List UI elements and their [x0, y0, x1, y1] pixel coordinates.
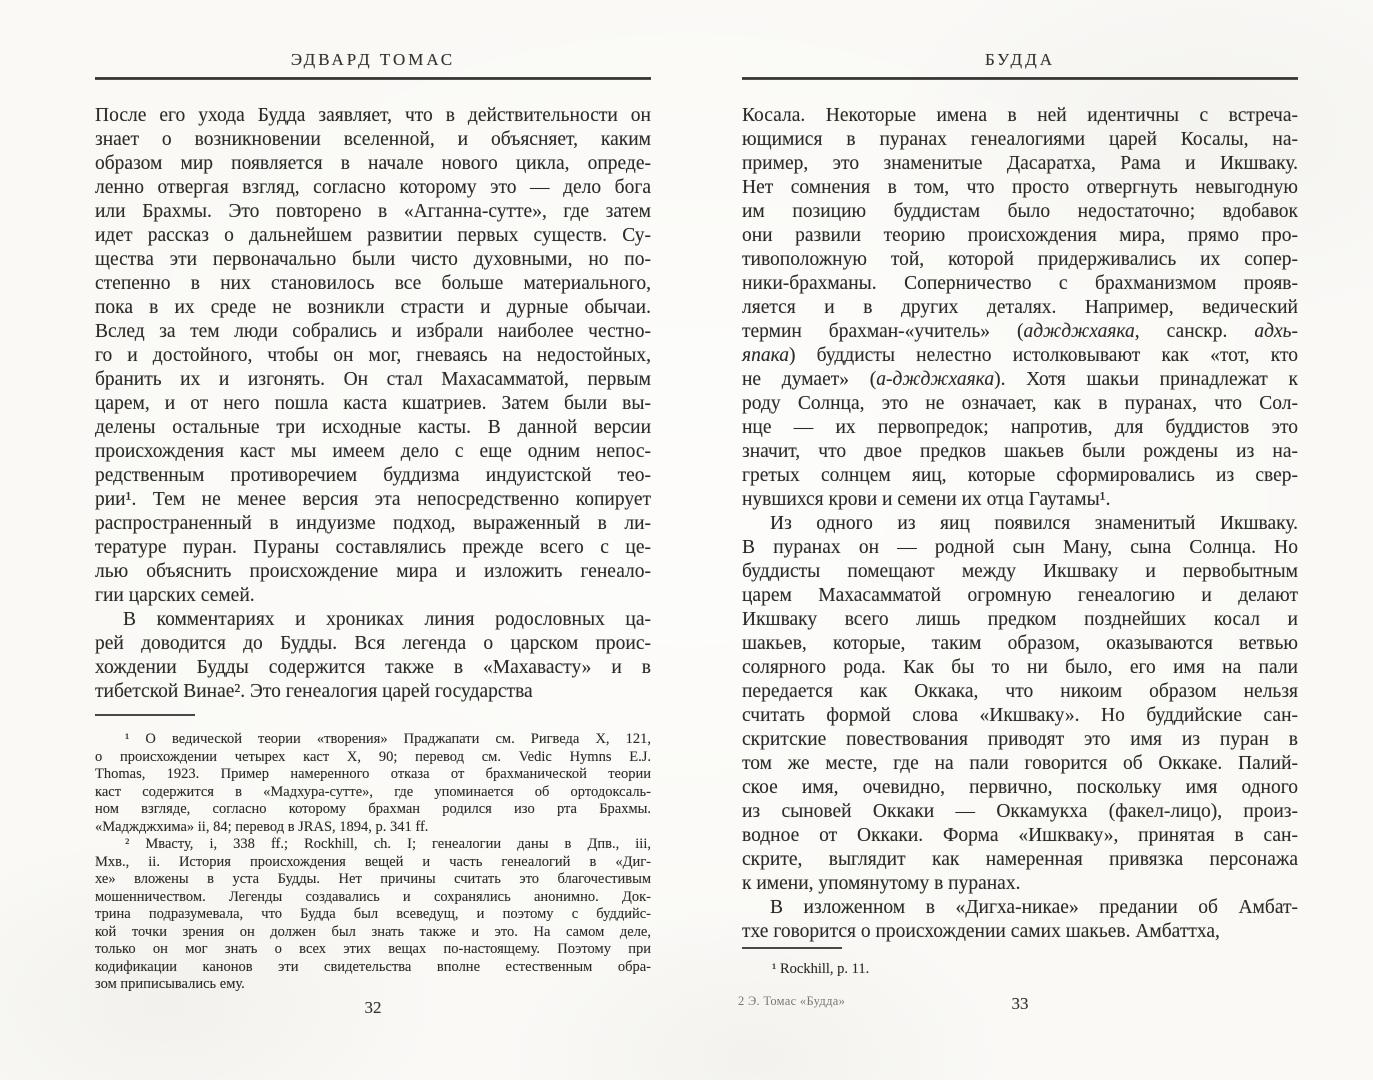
text-line: или Брахмы. Это повторено в «Агганна-сут…	[95, 200, 651, 224]
footnote-line: зом приписывались ему.	[95, 976, 651, 994]
footnote-line: ² Мвасту, i, 338 ff.; Rockhill, ch. I; г…	[95, 836, 651, 854]
text-line: ское имя, очевидно, первично, поскольку …	[742, 776, 1298, 800]
text-line: Из одного из яиц появился знаменитый Икш…	[742, 512, 1298, 536]
text-line: шакьев, которые, таким образом, оказываю…	[742, 632, 1298, 656]
text-line: тературе пуран. Пураны составлялись преж…	[95, 536, 651, 560]
text-line: тхе говорится о происхождении самих шакь…	[742, 920, 1298, 944]
footnote-line: Thomas, 1923. Пример намеренного отказа …	[95, 766, 651, 784]
text-line: рей доводится до Будды. Вся легенда о ца…	[95, 632, 651, 656]
text-line: После его ухода Будда заявляет, что в де…	[95, 104, 651, 128]
footnote-line: кой точки зрения он должен был знать так…	[95, 924, 651, 942]
header-rule	[95, 77, 651, 80]
footnote-line: ¹ О ведической теории «творения» Праджап…	[95, 731, 651, 749]
page-number: 32	[95, 998, 651, 1018]
text-line: делены остальные три исходные касты. В д…	[95, 416, 651, 440]
text-line: тибетской Винае². Это генеалогия царей г…	[95, 680, 651, 704]
text-line: передается как Оккака, что никоим образо…	[742, 680, 1298, 704]
footnotes: ¹ Rockhill, p. 11.	[742, 961, 1298, 979]
text-line: нувшихся крови и семени их отца Гаутамы¹…	[742, 488, 1298, 512]
text-line: буддисты помещают между Икшваку и первоб…	[742, 560, 1298, 584]
page-body: После его ухода Будда заявляет, что в де…	[95, 104, 651, 704]
text-line: ники-брахманы. Соперничество с брахманиз…	[742, 272, 1298, 296]
text-line: ленно отвергая взгляд, согласно которому…	[95, 176, 651, 200]
text-line: термин брахман-«учитель» (аджджхаяка, са…	[742, 320, 1298, 344]
text-line: тивоположную той, которой придерживались…	[742, 248, 1298, 272]
text-line: В изложенном в «Дигха-никае» предании об…	[742, 896, 1298, 920]
text-line: образом мир появляется в начале нового ц…	[95, 152, 651, 176]
text-line: лью объяснить происхождение мира и излож…	[95, 560, 651, 584]
text-line: пример, это знаменитые Дасаратха, Рама и…	[742, 152, 1298, 176]
text-line: скрите, выглядит как намеренная привязка…	[742, 848, 1298, 872]
text-line: считать формой слова «Икшваку». Но будди…	[742, 704, 1298, 728]
page-right: БУДДА Косала. Некоторые имена в ней иден…	[742, 50, 1298, 1014]
footnotes: ¹ О ведической теории «творения» Праджап…	[95, 731, 651, 994]
text-line: Нет сомнения в том, что просто отвергнут…	[742, 176, 1298, 200]
text-line: не думает» (а-джджхаяка). Хотя шакьи при…	[742, 368, 1298, 392]
footnote-line: ¹ Rockhill, p. 11.	[742, 961, 1298, 979]
text-line: редственным противоречием буддизма индуи…	[95, 464, 651, 488]
text-line: го и достойного, чтобы он мог, гневаясь …	[95, 344, 651, 368]
text-line: ющимися в пуранах генеалогиями царей Кос…	[742, 128, 1298, 152]
footnote-line: трина подразумевала, что Будда был всеве…	[95, 906, 651, 924]
text-line: Вслед за тем люди собрались и избрали на…	[95, 320, 651, 344]
text-line: к имени, упомянутому в пуранах.	[742, 872, 1298, 896]
footnote-line: каст содержится в «Мадхура-сутте», где у…	[95, 784, 651, 802]
text-line: роду Солнца, это не означает, как в пура…	[742, 392, 1298, 416]
text-line: солярного рода. Как бы то ни было, его и…	[742, 656, 1298, 680]
text-line: из сыновей Оккаки — Оккамукха (факел-лиц…	[742, 800, 1298, 824]
header-rule	[742, 77, 1298, 80]
page-body: Косала. Некоторые имена в ней идентичны …	[742, 104, 1298, 944]
page-left: ЭДВАРД ТОМАС После его ухода Будда заявл…	[95, 50, 651, 1018]
footnote-separator	[742, 947, 842, 949]
footnote-line: только он мог знать о всех этих вещах по…	[95, 941, 651, 959]
footnote-separator	[95, 714, 195, 716]
text-line: идет рассказ о дальнейшем развитии первы…	[95, 224, 651, 248]
text-line: им позицию буддистам было недостаточно; …	[742, 200, 1298, 224]
text-line: скритские повествования приводят это имя…	[742, 728, 1298, 752]
text-line: том же месте, где на пали говорится об О…	[742, 752, 1298, 776]
footnote-line: хе» вложены в уста Будды. Нет причины сч…	[95, 871, 651, 889]
text-line: япака) буддисты нелестно истолковывают к…	[742, 344, 1298, 368]
running-header-right: БУДДА	[742, 50, 1298, 70]
footnote-line: ном взгляде, согласно которому брахман р…	[95, 801, 651, 819]
text-line: Икшваку всего лишь предком позднейших ко…	[742, 608, 1298, 632]
running-header-left: ЭДВАРД ТОМАС	[95, 50, 651, 70]
footnote-line: кодификации канонов эти свидетельства вп…	[95, 959, 651, 977]
printer-signature: 2 Э. Томас «Будда»	[738, 994, 845, 1009]
text-line: распространенный в индуизме подход, выра…	[95, 512, 651, 536]
text-line: нце — их первопредок; напротив, для будд…	[742, 416, 1298, 440]
text-line: царем Махасамматой огромную генеалогию и…	[742, 584, 1298, 608]
text-line: происхождения каст мы имеем дело с еще о…	[95, 440, 651, 464]
text-line: значит, что двое предков шакьев были рож…	[742, 440, 1298, 464]
text-line: они развили теорию происхождения мира, п…	[742, 224, 1298, 248]
text-line: В пуранах он — родной сын Ману, сына Сол…	[742, 536, 1298, 560]
text-line: царем, и от него пошла каста кшатриев. З…	[95, 392, 651, 416]
book-scan-spread: ЭДВАРД ТОМАС После его ухода Будда заявл…	[0, 0, 1373, 1080]
text-line: хождении Будды содержится также в «Махав…	[95, 656, 651, 680]
footnote-line: «Маджджхима» ii, 84; перевод в JRAS, 189…	[95, 819, 651, 837]
footnote-line: мошенничеством. Легенды создавались и со…	[95, 889, 651, 907]
text-line: В комментариях и хрониках линия родослов…	[95, 608, 651, 632]
text-line: Косала. Некоторые имена в ней идентичны …	[742, 104, 1298, 128]
text-line: пока в их среде не возникли страсти и ду…	[95, 296, 651, 320]
text-line: степенно в них становилось все больше ма…	[95, 272, 651, 296]
text-line: бранить их и изгонять. Он стал Махасамма…	[95, 368, 651, 392]
text-line: гретых солнцем яиц, которые сформировали…	[742, 464, 1298, 488]
text-line: рии¹. Тем не менее версия эта непосредст…	[95, 488, 651, 512]
text-line: гии царских семей.	[95, 584, 651, 608]
footnote-line: о происхождении четырех каст X, 90; пере…	[95, 749, 651, 767]
text-line: ляется и в других деталях. Например, вед…	[742, 296, 1298, 320]
text-line: водное от Оккаки. Форма «Ишкваку», приня…	[742, 824, 1298, 848]
footnote-line: Мхв., ii. История происхождения вещей и …	[95, 854, 651, 872]
text-line: знает о возникновении вселенной, и объяс…	[95, 128, 651, 152]
text-line: щества эти первоначально были чисто духо…	[95, 248, 651, 272]
